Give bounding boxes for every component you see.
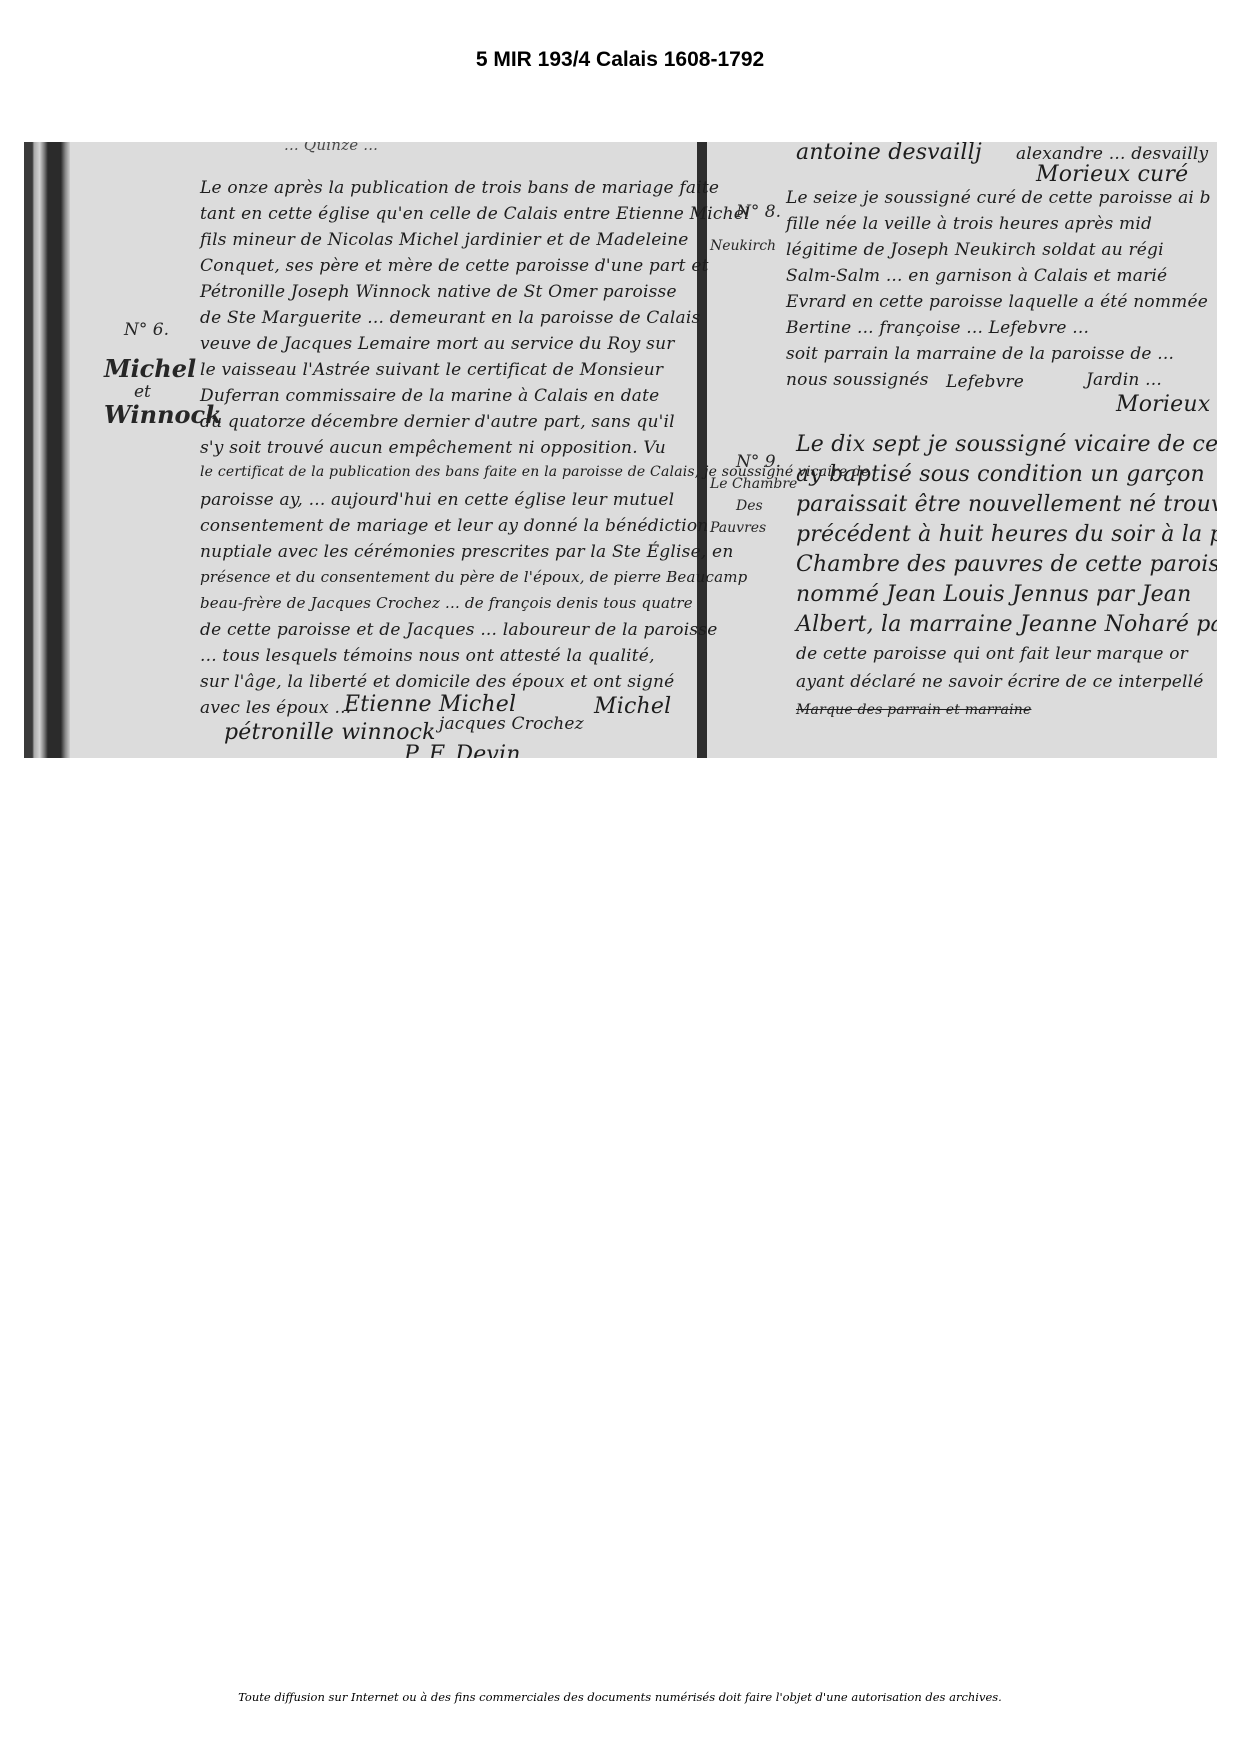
- entry-number: N° 6.: [124, 320, 169, 340]
- text-line: soit parrain la marraine de la paroisse …: [786, 344, 1174, 364]
- signature: Morieux: [1116, 392, 1210, 417]
- text-line: Evrard en cette paroisse laquelle a été …: [786, 292, 1208, 312]
- signature: P. F. Devin: [404, 742, 521, 758]
- text-line: ay baptisé sous condition un garçon: [796, 462, 1205, 487]
- text-line: nous soussignés: [786, 370, 929, 390]
- entry-number: N° 8.: [736, 202, 781, 222]
- binding-edge: [24, 142, 70, 758]
- signature: alexandre ... desvailly: [1016, 144, 1208, 164]
- signature: Lefebvre: [946, 372, 1024, 392]
- left-page: ... Quinze ... N° 6. Michel et Winnock L…: [104, 142, 692, 758]
- manuscript-scan: ... Quinze ... N° 6. Michel et Winnock L…: [24, 142, 1217, 758]
- text-line: avec les époux ...: [200, 698, 351, 718]
- signature: Jardin ...: [1086, 370, 1162, 390]
- margin-name: Neukirch: [710, 238, 776, 254]
- page-gutter-divider: [697, 142, 707, 758]
- right-page: antoine desvaillj alexandre ... desvaill…: [716, 142, 1216, 758]
- text-line: beau-frère de Jacques Crochez ... de fra…: [200, 594, 693, 612]
- text-line: nuptiale avec les cérémonies prescrites …: [200, 542, 733, 562]
- text-line: Bertine ... françoise ... Lefebvre ...: [786, 318, 1089, 338]
- text-line: sur l'âge, la liberté et domicile des ép…: [200, 672, 674, 692]
- text-line: légitime de Joseph Neukirch soldat au ré…: [786, 240, 1164, 260]
- copyright-notice: Toute diffusion sur Internet ou à des fi…: [0, 1690, 1240, 1704]
- margin-name: et: [134, 382, 151, 402]
- text-line: Chambre des pauvres de cette paroisse le…: [796, 552, 1217, 577]
- text-line: ayant déclaré ne savoir écrire de ce int…: [796, 672, 1204, 692]
- text-line: nommé Jean Louis Jennus par Jean: [796, 582, 1191, 607]
- text-line: Le seize je soussigné curé de cette paro…: [786, 188, 1211, 208]
- text-line: Pétronille Joseph Winnock native de St O…: [200, 282, 677, 302]
- text-line: Marque des parrain et marraine: [796, 702, 1031, 718]
- text-line: le vaisseau l'Astrée suivant le certific…: [200, 360, 663, 380]
- text-line: de Ste Marguerite ... demeurant en la pa…: [200, 308, 700, 328]
- signature: Morieux curé: [1036, 162, 1188, 187]
- margin-name: Pauvres: [710, 520, 766, 536]
- top-fragment: ... Quinze ...: [284, 142, 378, 154]
- text-line: paroisse ay, ... aujourd'hui en cette ég…: [200, 490, 674, 510]
- text-line: consentement de mariage et leur ay donné…: [200, 516, 708, 536]
- signature: jacques Crochez: [439, 714, 584, 734]
- signature: Michel: [594, 694, 671, 719]
- margin-name: Michel: [104, 354, 196, 383]
- text-line: veuve de Jacques Lemaire mort au service…: [200, 334, 675, 354]
- text-line: fils mineur de Nicolas Michel jardinier …: [200, 230, 689, 250]
- text-line: paraissait être nouvellement né trouvé e…: [796, 492, 1217, 517]
- page-title: 5 MIR 193/4 Calais 1608-1792: [0, 48, 1240, 72]
- text-line: Conquet, ses père et mère de cette paroi…: [200, 256, 709, 276]
- text-line: du quatorze décembre dernier d'autre par…: [200, 412, 675, 432]
- text-line: s'y soit trouvé aucun empêchement ni opp…: [200, 438, 666, 458]
- signature: antoine desvaillj: [796, 142, 982, 165]
- text-line: présence et du consentement du père de l…: [200, 568, 747, 586]
- text-line: Albert, la marraine Jeanne Noharé paroi: [796, 612, 1217, 637]
- text-line: de cette paroisse et de Jacques ... labo…: [200, 620, 717, 640]
- text-line: Salm-Salm ... en garnison à Calais et ma…: [786, 266, 1167, 286]
- text-line: tant en cette église qu'en celle de Cala…: [200, 204, 750, 224]
- text-line: ... tous lesquels témoins nous ont attes…: [200, 646, 655, 666]
- entry-number: N° 9.: [736, 452, 781, 472]
- text-line: Duferran commissaire de la marine à Cala…: [200, 386, 659, 406]
- text-line: fille née la veille à trois heures après…: [786, 214, 1152, 234]
- text-line: de cette paroisse qui ont fait leur marq…: [796, 644, 1188, 664]
- text-line: précédent à huit heures du soir à la por…: [796, 522, 1217, 547]
- text-line: Le dix sept je soussigné vicaire de cett…: [796, 432, 1217, 457]
- margin-name: Le Chambre: [710, 476, 797, 492]
- text-line: Le onze après la publication de trois ba…: [200, 178, 719, 198]
- margin-name: Des: [736, 498, 763, 514]
